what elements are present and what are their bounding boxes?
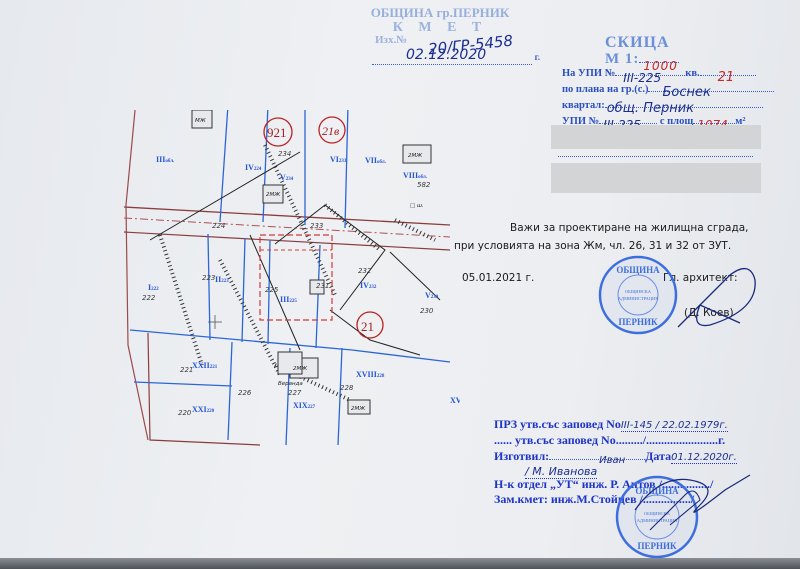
- approval-signatures: [630, 470, 760, 540]
- year-suffix: г.: [535, 52, 540, 62]
- sketch-title-block: СКИЦА М 1:1000: [605, 35, 679, 67]
- plan-value: Боснек: [662, 85, 710, 100]
- plan-label: по плана на гр.(с.): [562, 84, 648, 95]
- svg-text:XVII229: XVII229: [450, 396, 460, 405]
- svg-text:АДМИНИСТРАЦИЯ: АДМИНИСТРАЦИЯ: [618, 296, 659, 301]
- svg-text:232: 232: [358, 267, 372, 275]
- svg-text:VIIобл.: VIIобл.: [365, 156, 387, 165]
- scale-label: М 1:: [605, 51, 639, 67]
- kv-value: 21: [718, 70, 735, 85]
- svg-text:XXI220: XXI220: [192, 405, 215, 414]
- validity-line-1: Важи за проектиране на жилищна сграда,: [510, 222, 748, 234]
- prz-value: III-145 / 22.02.1979г.: [621, 420, 728, 432]
- svg-text:□ ш.: □ ш.: [410, 203, 424, 209]
- kvartal-label: квартал:: [562, 100, 605, 111]
- municipality-name: ОБЩИНА гр.ПЕРНИК: [345, 5, 535, 21]
- outgoing-label: Изх.№: [375, 34, 407, 46]
- svg-text:2МЖ: 2МЖ: [266, 192, 281, 198]
- svg-text:XIX227: XIX227: [293, 401, 316, 410]
- prepared-row: Изготвил:ИванДата01.12.2020г.: [494, 449, 737, 464]
- svg-text:234: 234: [278, 150, 291, 158]
- svg-text:231: 231: [316, 282, 329, 290]
- svg-text:МЖ: МЖ: [195, 118, 207, 124]
- prz-row: ПРЗ утв.със заповед NoIII-145 / 22.02.19…: [494, 417, 728, 432]
- svg-text:225: 225: [265, 286, 279, 294]
- sketch-document: ОБЩИНА гр.ПЕРНИК К М Е Т Изх.№ 20/ГР-545…: [0, 0, 800, 560]
- svg-text:IIIобл.: IIIобл.: [156, 155, 175, 164]
- svg-text:VIIIобл.: VIIIобл.: [403, 171, 428, 180]
- svg-text:2МЖ: 2МЖ: [408, 153, 423, 159]
- dotted-line: [558, 156, 753, 157]
- svg-text:220: 220: [178, 409, 192, 417]
- municipal-round-stamp: ОБЩИНА ОБЩИНСКА АДМИНИСТРАЦИЯ ПЕРНИК: [596, 253, 680, 337]
- svg-text:XVIII228: XVIII228: [356, 370, 385, 379]
- upi-value: III-225: [623, 71, 661, 85]
- second-order-row: ...... утв.със заповед No........./.....…: [494, 433, 725, 448]
- svg-text:V234: V234: [280, 173, 294, 182]
- upi-row: На УПИ №III-225кв.21: [562, 68, 756, 79]
- redacted-owner-block: [551, 125, 761, 149]
- validity-date: 05.01.2021 г.: [462, 272, 534, 284]
- svg-text:IV224: IV224: [245, 163, 262, 172]
- svg-text:227: 227: [288, 389, 302, 397]
- sketch-title: СКИЦА: [605, 35, 679, 51]
- svg-text:2МЖ: 2МЖ: [293, 366, 308, 372]
- svg-text:226: 226: [238, 389, 252, 397]
- kvartal-value: общ. Перник: [607, 101, 694, 116]
- prepared-sign: Иван: [599, 455, 625, 466]
- svg-text:III225: III225: [280, 295, 297, 304]
- outgoing-date-line: 02.12.2020 г.: [372, 50, 532, 65]
- svg-text:VI233: VI233: [330, 155, 347, 164]
- svg-text:582: 582: [417, 181, 431, 189]
- svg-text:2МЖ: 2МЖ: [351, 406, 366, 412]
- svg-text:222: 222: [142, 294, 156, 302]
- svg-text:ПЕРНИК: ПЕРНИК: [637, 541, 677, 551]
- svg-text:XXII221: XXII221: [192, 361, 218, 370]
- redacted-address-block: [551, 163, 761, 193]
- svg-text:II223: II223: [215, 275, 229, 284]
- plan-row: по плана на гр.(с.)Боснек: [562, 84, 774, 95]
- svg-text:IV232: IV232: [360, 281, 377, 290]
- kvartal-row: квартал:общ. Перник: [562, 100, 763, 111]
- upi-label: На УПИ №: [562, 68, 615, 79]
- kv-label: кв.: [685, 68, 699, 79]
- svg-text:ПЕРНИК: ПЕРНИК: [618, 317, 658, 327]
- outgoing-date: 02.12.2020: [406, 47, 486, 63]
- svg-text:ОБЩИНСКА: ОБЩИНСКА: [625, 289, 652, 294]
- quarter-921: 921: [267, 125, 287, 140]
- architect-signature: [670, 255, 760, 335]
- validity-line-2: при условията на зона Жм, чл. 26, 31 и 3…: [454, 240, 731, 252]
- svg-text:233: 233: [310, 222, 323, 230]
- stamp-top-text: ОБЩИНА: [616, 265, 660, 275]
- cadastral-map: 921 21в 21 234 224 233 222 223 225 231 2…: [120, 110, 460, 455]
- svg-text:Веранда: Веранда: [278, 381, 303, 387]
- svg-text:223: 223: [202, 274, 215, 282]
- prepared-date: 01.12.2020г.: [671, 452, 737, 464]
- svg-text:228: 228: [340, 384, 354, 392]
- svg-text:230: 230: [420, 307, 434, 315]
- svg-text:21: 21: [361, 319, 374, 334]
- svg-text:224: 224: [212, 222, 225, 230]
- background-table-edge: [0, 558, 800, 569]
- svg-text:21в: 21в: [322, 124, 339, 138]
- svg-text:I222: I222: [148, 283, 159, 292]
